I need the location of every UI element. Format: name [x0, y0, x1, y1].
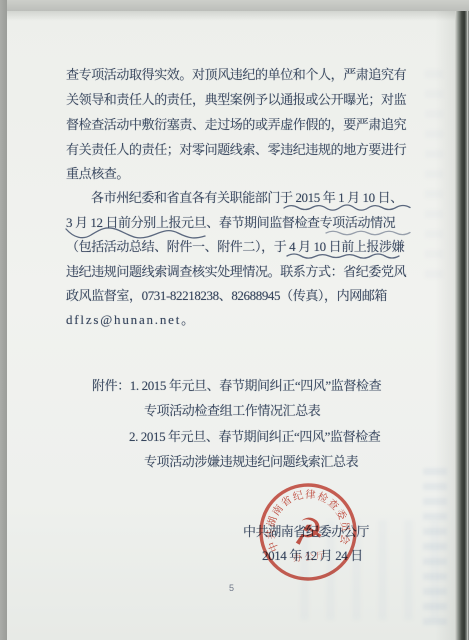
body-text-line: 3 月 12 日前分别上报元旦、春节期间监督检查专项活动情况	[66, 215, 395, 232]
body-text-line: 重点核查。	[66, 166, 129, 183]
body-text-line: dflzs@hunan.net。	[66, 312, 196, 329]
page-curl-shadow	[455, 11, 469, 640]
attachment-line: 专项活动检查组工作情况汇总表	[144, 403, 320, 420]
body-text-line: 查专项活动取得实效。对顶风违纪的单位和个人，严肃追究有	[66, 67, 406, 84]
body-text-line: 有关责任人的责任；对零问题线索、零违纪违规的地方要进行	[66, 142, 406, 159]
scanner-edge-top	[0, 0, 469, 11]
attachment-line: 专项活动涉嫌违规违纪问题线索汇总表	[144, 454, 358, 471]
attachment-line: 2. 2015 年元旦、春节期间纠正“四风”监督检查	[129, 429, 380, 446]
body-text-line: 政风监督室，0731-82218238、82688945（传真），内网邮箱	[66, 288, 387, 305]
body-text-line: 违纪违规问题线索调查核实处理情况。联系方式：省纪委党风	[66, 264, 406, 281]
page-number: 5	[229, 583, 234, 593]
body-text-line: 督检查活动中敷衍塞责、走过场的或弄虚作假的，要严肃追究	[66, 117, 406, 134]
body-text-line: 各市州纪委和省直各有关职能部门于 2015 年 1 月 10 日、	[91, 190, 403, 207]
official-seal: 中共湖南省纪律检查委员会 ☭ 办公厅	[252, 476, 365, 589]
attachment-line: 附件：1. 2015 年元旦、春节期间纠正“四风”监督检查	[92, 378, 381, 395]
body-text-line: （包括活动总结、附件一、附件二），于 4 月 10 日前上报涉嫌	[66, 239, 404, 256]
scanner-edge-left	[0, 0, 7, 640]
body-text-line: 关领导和责任人的责任，典型案例予以通报或公开曝光；对监	[66, 92, 406, 109]
hammer-and-sickle-icon: ☭	[290, 511, 326, 555]
